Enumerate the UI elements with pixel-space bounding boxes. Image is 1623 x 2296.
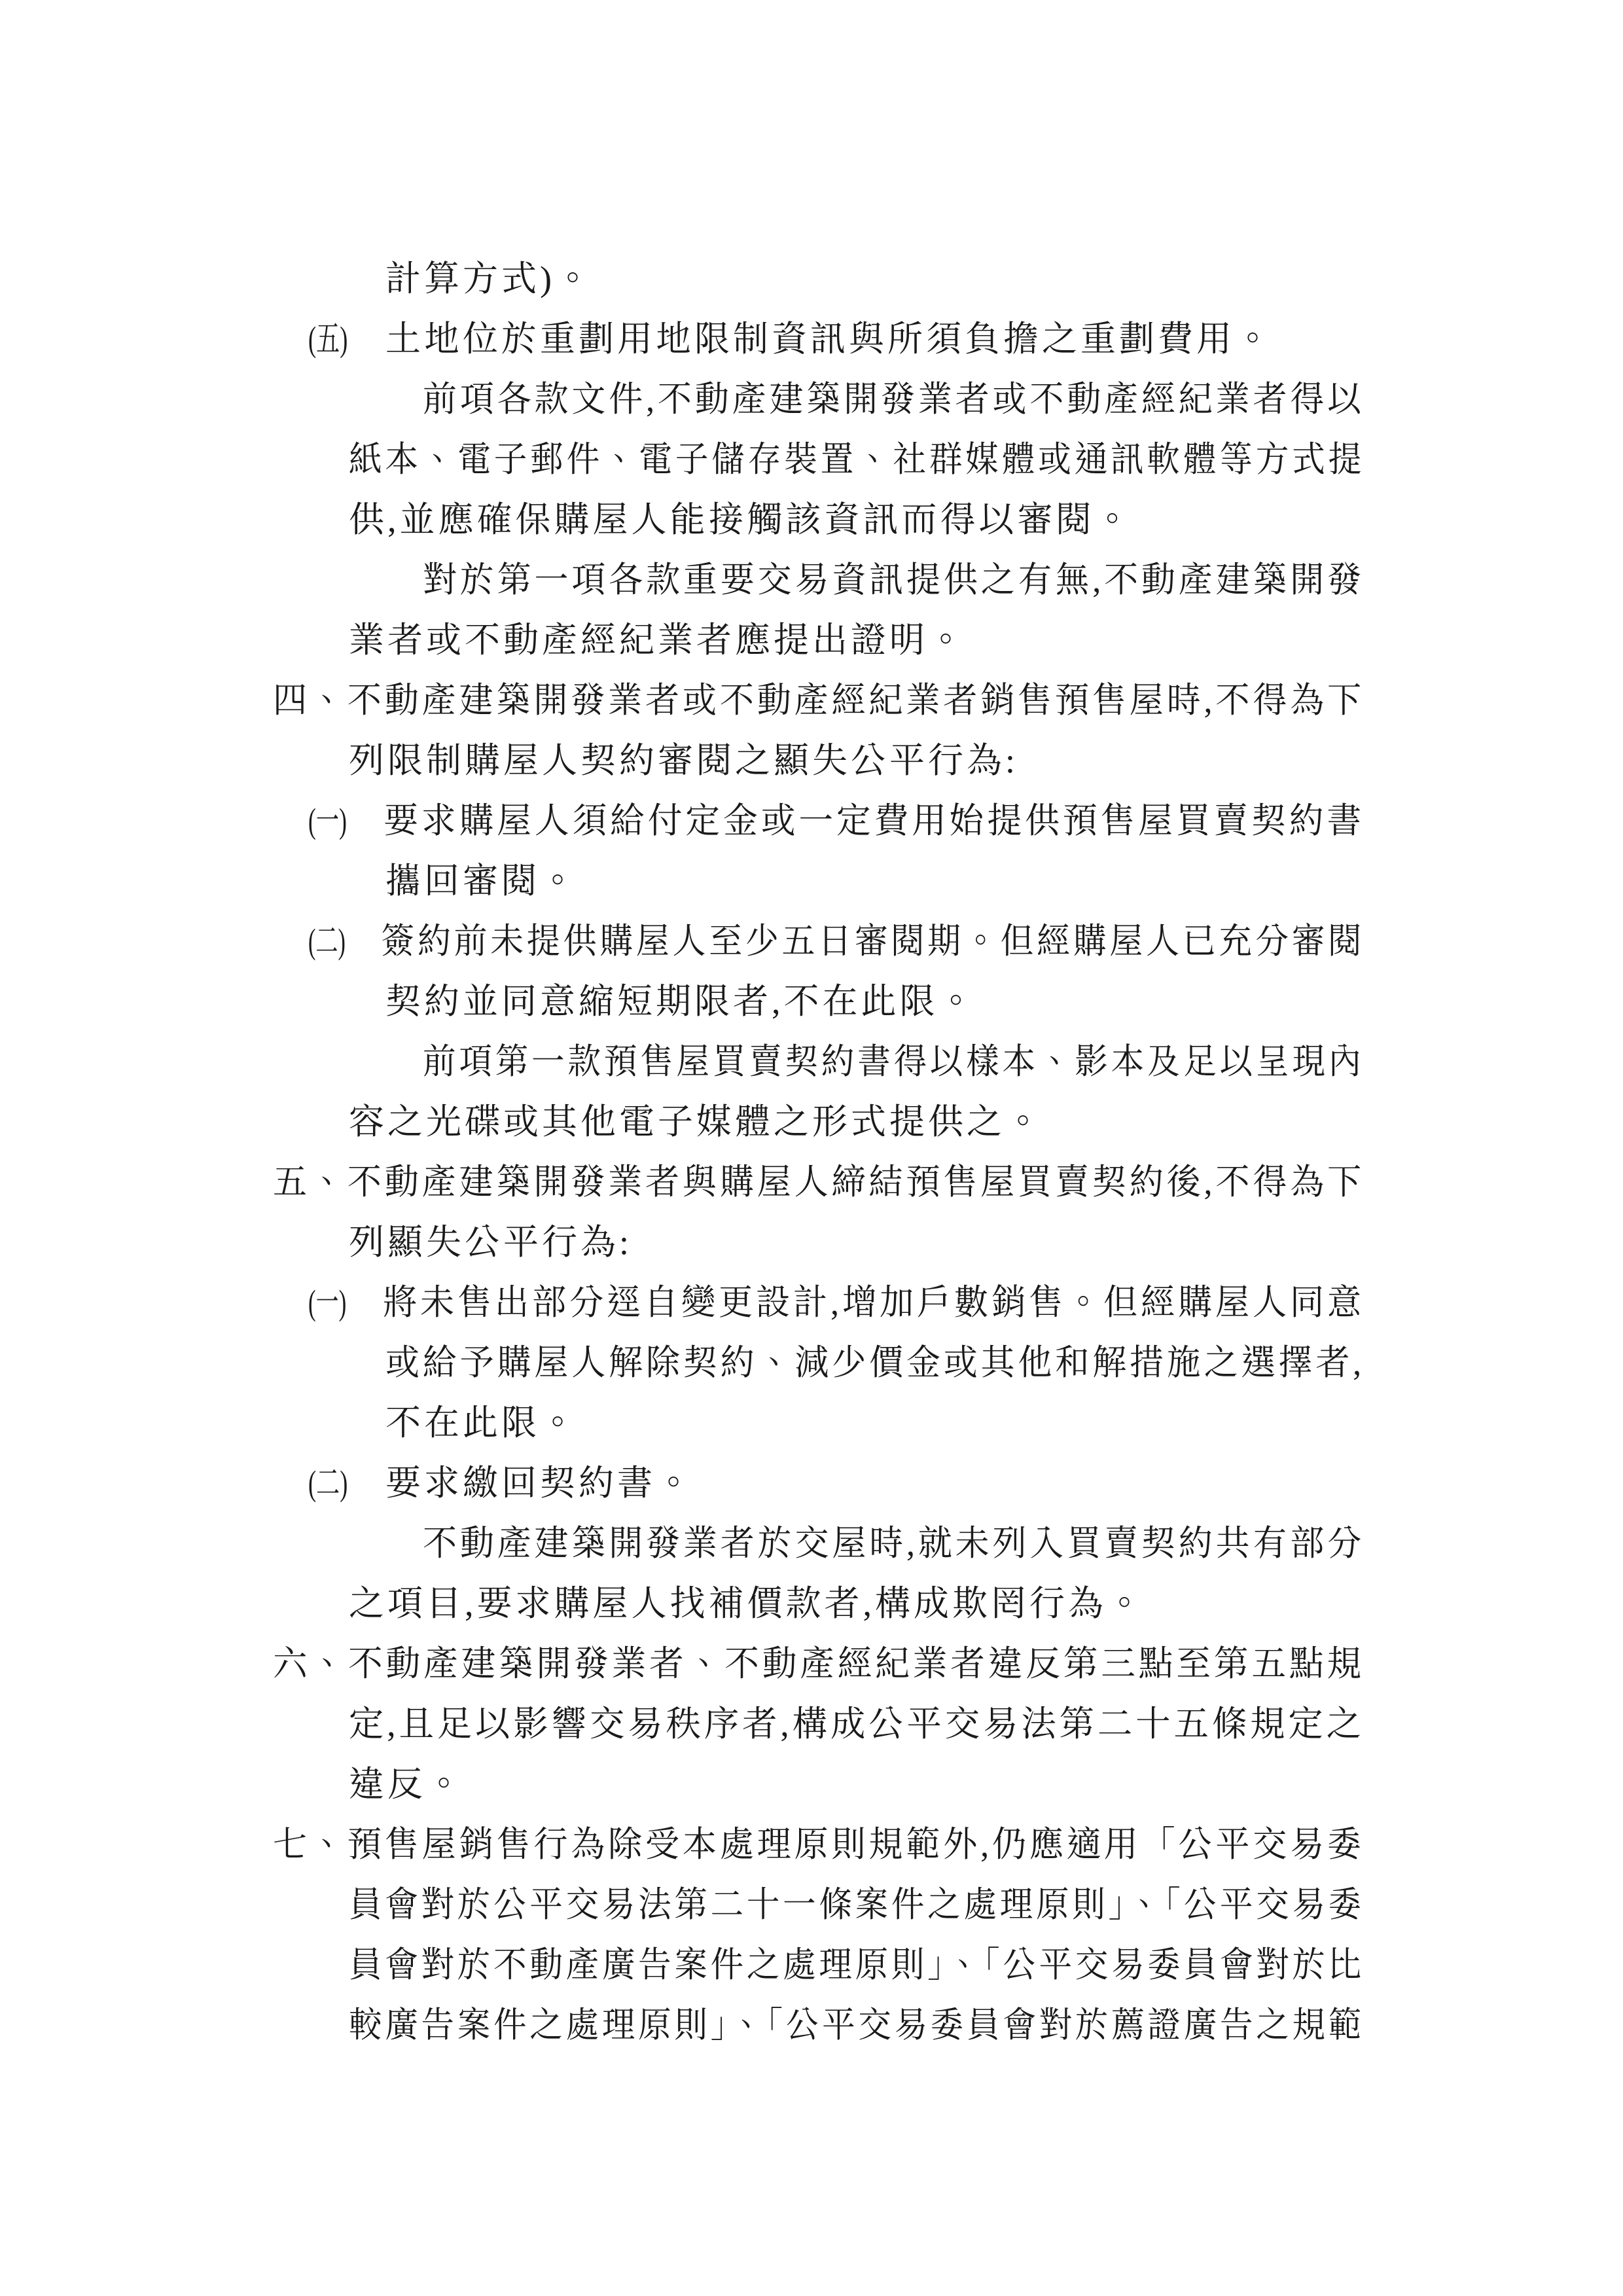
text-line-content: 列限制購屋人契約審閱之顯失公平行為: (349, 730, 1018, 791)
text-line: 供,並應確保購屋人能接觸該資訊而得以審閱。 (273, 490, 1438, 550)
line-text: 簽約前未提供購屋人至少五日審閱期。但經購屋人已充分審閱 (381, 922, 1364, 961)
line-text: 之項目,要求購屋人找補價款者,構成欺罔行為。 (349, 1584, 1145, 1623)
item-marker: (一) (308, 791, 359, 851)
text-line-content: 前項各款文件,不動產建築開發業者或不動產經紀業者得以 (423, 369, 1364, 429)
text-line: 容之光碟或其他電子媒體之形式提供之。 (273, 1092, 1438, 1152)
line-text: 契約並同意縮短期限者,不在此限。 (385, 982, 977, 1021)
text-line-content: 違反。 (349, 1754, 465, 1814)
text-line: 七、預售屋銷售行為除受本處理原則規範外,仍應適用「公平交易委 (273, 1814, 1438, 1874)
line-text: 較廣告案件之處理原則」、「公平交易委員會對於薦證廣告之規範 (349, 2005, 1364, 2045)
text-line: 前項第一款預售屋買賣契約書得以樣本、影本及足以呈現內 (273, 1031, 1438, 1092)
text-line: (一)將未售出部分逕自變更設計,增加戶數銷售。但經購屋人同意 (273, 1272, 1438, 1333)
item-marker: 七、 (273, 1825, 348, 1864)
text-line: 五、不動產建築開發業者與購屋人締結預售屋買賣契約後,不得為下 (273, 1152, 1438, 1212)
item-marker: (一) (308, 1272, 358, 1333)
text-line-content: 之項目,要求購屋人找補價款者,構成欺罔行為。 (349, 1573, 1145, 1634)
item-marker: (五) (308, 309, 360, 369)
text-line-content: 供,並應確保購屋人能接觸該資訊而得以審閱。 (349, 490, 1133, 550)
text-line-content: 五、不動產建築開發業者與購屋人締結預售屋買賣契約後,不得為下 (273, 1152, 1364, 1212)
line-text: 預售屋銷售行為除受本處理原則規範外,仍應適用「公平交易委 (348, 1825, 1364, 1864)
line-text: 攜回審閱。 (385, 861, 579, 901)
text-line: 列限制購屋人契約審閱之顯失公平行為: (273, 730, 1438, 791)
text-line-content: 列顯失公平行為: (349, 1212, 632, 1272)
line-text: 計算方式)。 (385, 259, 594, 298)
document-page: 計算方式)。(五)土地位於重劃用地限制資訊與所須負擔之重劃費用。前項各款文件,不… (0, 0, 1623, 2296)
text-line: 不動產建築開發業者於交屋時,就未列入買賣契約共有部分 (273, 1513, 1438, 1573)
text-line-content: 員會對於不動產廣告案件之處理原則」、「公平交易委員會對於比 (349, 1935, 1364, 1995)
text-line-content: 員會對於公平交易法第二十一條案件之處理原則」、「公平交易委 (349, 1874, 1364, 1935)
line-text: 列限制購屋人契約審閱之顯失公平行為: (349, 741, 1018, 780)
text-line-content: 四、不動產建築開發業者或不動產經紀業者銷售預售屋時,不得為下 (273, 670, 1364, 730)
text-line-content: 契約並同意縮短期限者,不在此限。 (385, 971, 977, 1031)
text-line: 紙本、電子郵件、電子儲存裝置、社群媒體或通訊軟體等方式提 (273, 429, 1438, 490)
line-text: 違反。 (349, 1765, 465, 1804)
item-marker: 六、 (273, 1644, 348, 1683)
text-line: (一)要求購屋人須給付定金或一定費用始提供預售屋買賣契約書 (273, 791, 1438, 851)
text-line-content: (二)簽約前未提供購屋人至少五日審閱期。但經購屋人已充分審閱 (308, 911, 1364, 971)
text-line: 計算方式)。 (273, 249, 1438, 309)
line-text: 定,且足以影響交易秩序者,構成公平交易法第二十五條規定之 (349, 1704, 1364, 1744)
line-text: 業者或不動產經紀業者應提出證明。 (349, 620, 967, 660)
line-text: 不動產建築開發業者於交屋時,就未列入買賣契約共有部分 (423, 1524, 1364, 1563)
text-line: 前項各款文件,不動產建築開發業者或不動產經紀業者得以 (273, 369, 1438, 429)
text-line: 列顯失公平行為: (273, 1212, 1438, 1272)
text-line-content: 六、不動產建築開發業者、不動產經紀業者違反第三點至第五點規 (273, 1634, 1364, 1694)
text-line-content: 較廣告案件之處理原則」、「公平交易委員會對於薦證廣告之規範 (349, 1995, 1364, 2055)
text-line: 員會對於公平交易法第二十一條案件之處理原則」、「公平交易委 (273, 1874, 1438, 1935)
text-line: (二)要求繳回契約書。 (273, 1453, 1438, 1513)
line-text: 要求繳回契約書。 (385, 1463, 694, 1503)
text-line: 業者或不動產經紀業者應提出證明。 (273, 610, 1438, 670)
item-marker: 五、 (273, 1162, 348, 1202)
text-line-content: 計算方式)。 (385, 249, 594, 309)
line-text: 不動產建築開發業者與購屋人締結預售屋買賣契約後,不得為下 (348, 1162, 1364, 1202)
text-line-content: 或給予購屋人解除契約、減少價金或其他和解措施之選擇者, (385, 1333, 1364, 1393)
text-line: (二)簽約前未提供購屋人至少五日審閱期。但經購屋人已充分審閱 (273, 911, 1438, 971)
text-line: 定,且足以影響交易秩序者,構成公平交易法第二十五條規定之 (273, 1694, 1438, 1754)
line-text: 要求購屋人須給付定金或一定費用始提供預售屋買賣契約書 (383, 801, 1364, 840)
line-text: 前項各款文件,不動產建築開發業者或不動產經紀業者得以 (423, 380, 1364, 419)
line-text: 將未售出部分逕自變更設計,增加戶數銷售。但經購屋人同意 (383, 1283, 1364, 1322)
text-line-content: 前項第一款預售屋買賣契約書得以樣本、影本及足以呈現內 (423, 1031, 1364, 1092)
line-text: 前項第一款預售屋買賣契約書得以樣本、影本及足以呈現內 (423, 1042, 1364, 1081)
line-text: 供,並應確保購屋人能接觸該資訊而得以審閱。 (349, 500, 1133, 539)
text-line-content: 容之光碟或其他電子媒體之形式提供之。 (349, 1092, 1044, 1152)
item-marker: (二) (308, 1453, 360, 1513)
text-line: 不在此限。 (273, 1393, 1438, 1453)
text-line-content: (五)土地位於重劃用地限制資訊與所須負擔之重劃費用。 (308, 309, 1274, 369)
line-text: 不動產建築開發業者、不動產經紀業者違反第三點至第五點規 (348, 1644, 1364, 1683)
text-line: 違反。 (273, 1754, 1438, 1814)
text-line: 契約並同意縮短期限者,不在此限。 (273, 971, 1438, 1031)
text-line-content: 對於第一項各款重要交易資訊提供之有無,不動產建築開發 (423, 550, 1364, 610)
text-line: 或給予購屋人解除契約、減少價金或其他和解措施之選擇者, (273, 1333, 1438, 1393)
text-line: 較廣告案件之處理原則」、「公平交易委員會對於薦證廣告之規範 (273, 1995, 1438, 2055)
text-line: (五)土地位於重劃用地限制資訊與所須負擔之重劃費用。 (273, 309, 1438, 369)
text-line-content: (二)要求繳回契約書。 (308, 1453, 694, 1513)
line-text: 或給予購屋人解除契約、減少價金或其他和解措施之選擇者, (385, 1343, 1364, 1382)
text-line: 員會對於不動產廣告案件之處理原則」、「公平交易委員會對於比 (273, 1935, 1438, 1995)
item-marker: 四、 (273, 681, 348, 720)
line-text: 員會對於公平交易法第二十一條案件之處理原則」、「公平交易委 (349, 1885, 1364, 1924)
text-line: 攜回審閱。 (273, 851, 1438, 911)
line-text: 容之光碟或其他電子媒體之形式提供之。 (349, 1102, 1044, 1141)
text-line-content: 不動產建築開發業者於交屋時,就未列入買賣契約共有部分 (423, 1513, 1364, 1573)
text-line-content: 定,且足以影響交易秩序者,構成公平交易法第二十五條規定之 (349, 1694, 1364, 1754)
line-text: 紙本、電子郵件、電子儲存裝置、社群媒體或通訊軟體等方式提 (349, 440, 1364, 479)
line-text: 不在此限。 (385, 1403, 579, 1443)
line-text: 土地位於重劃用地限制資訊與所須負擔之重劃費用。 (385, 319, 1274, 359)
text-line: 四、不動產建築開發業者或不動產經紀業者銷售預售屋時,不得為下 (273, 670, 1438, 730)
line-text: 列顯失公平行為: (349, 1223, 632, 1262)
line-text: 不動產建築開發業者或不動產經紀業者銷售預售屋時,不得為下 (348, 681, 1364, 720)
text-line: 對於第一項各款重要交易資訊提供之有無,不動產建築開發 (273, 550, 1438, 610)
text-line-content: (一)將未售出部分逕自變更設計,增加戶數銷售。但經購屋人同意 (308, 1272, 1364, 1333)
item-marker: (二) (308, 911, 357, 971)
text-line-content: 業者或不動產經紀業者應提出證明。 (349, 610, 967, 670)
text-line-content: 紙本、電子郵件、電子儲存裝置、社群媒體或通訊軟體等方式提 (349, 429, 1364, 490)
text-line: 六、不動產建築開發業者、不動產經紀業者違反第三點至第五點規 (273, 1634, 1438, 1694)
line-text: 對於第一項各款重要交易資訊提供之有無,不動產建築開發 (423, 560, 1364, 600)
text-line-content: 不在此限。 (385, 1393, 579, 1453)
text-block: 計算方式)。(五)土地位於重劃用地限制資訊與所須負擔之重劃費用。前項各款文件,不… (273, 249, 1438, 2055)
line-text: 員會對於不動產廣告案件之處理原則」、「公平交易委員會對於比 (349, 1945, 1364, 1984)
text-line-content: (一)要求購屋人須給付定金或一定費用始提供預售屋買賣契約書 (308, 791, 1364, 851)
text-line-content: 攜回審閱。 (385, 851, 579, 911)
text-line: 之項目,要求購屋人找補價款者,構成欺罔行為。 (273, 1573, 1438, 1634)
text-line-content: 七、預售屋銷售行為除受本處理原則規範外,仍應適用「公平交易委 (273, 1814, 1364, 1874)
